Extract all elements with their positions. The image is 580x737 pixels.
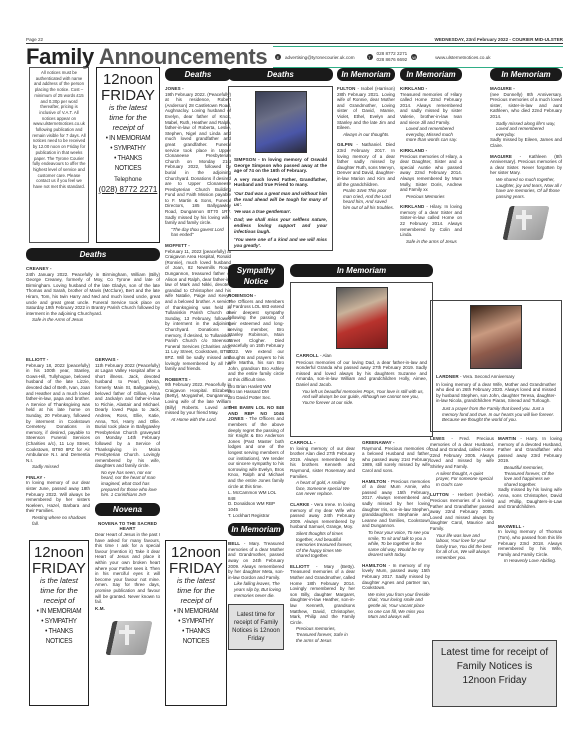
notice-maguire-1: MAGUIRE - (nee Donnelly) 8th Anniversary… [490,86,562,149]
section-header-deaths-3: Deaths [228,68,333,81]
notice-moffett: MOFFETT - February 11, 2022 (peacefully)… [165,243,231,372]
contact-bar: E advertising@tyronecourier.uk.com T 028… [273,46,563,68]
page-number: Page 22 [26,37,43,42]
notice-elliott-mary: ELLIOTT - Mary (Betty). Treasured memori… [290,564,355,643]
notice-maxwell: MAXWELL - In loving memory of Thomas (To… [498,524,562,564]
deadline-ad-bottom-mid: 12noon FRIDAY is the latest time for the… [165,540,227,706]
in-memoriam-mid: In Memoriam CARROLL - Alan Precious memo… [290,262,433,437]
section-header-in-memoriam-2: In Memoriam [290,264,433,277]
deaths-simpson-section: Deaths SIMPSON - In loving memory of Osw… [228,66,333,251]
notice-bell: BELL - Mary. Treasured memories of a dea… [228,541,284,598]
in-memoriam-col-maguire: In Memoriam MAGUIRE - (nee Donnelly) 8th… [490,66,562,244]
in-memoriam-mid-b: GREENAWAY - Raymond. Precious memories o… [362,440,430,625]
section-header-novena: Novena [95,503,160,516]
deaths-column-gervais: GERVAIS - 11th February 2022 (Peacefully… [95,357,160,659]
section-header-in-memoriam-3: In Memoriam [337,68,395,81]
deaths-column-left: Deaths CREANEY - 24th January 2022. Peac… [26,246,160,328]
novena-title: NOVENA TO THE SACRED HEART [95,521,160,532]
notice-gilpin: GILPIN - Nathaniel. Died 23rd February 2… [337,142,395,210]
notice-elliott: ELLIOTT - February 18, 2022 (peacefully)… [26,357,90,470]
section-header-in-memoriam-4: In Memoriam [400,68,462,81]
web-icon: W [411,54,417,60]
simpson-photo [255,91,307,153]
notice-carroll-alan: CARROLL - Alan Precious memories of our … [290,282,433,437]
notice-hamilton-2: HAMILTON - In memory of my lovely Mum, p… [362,563,430,620]
notice-kirkland-2: KIRKLAND - Precious memories of Hilary, … [400,148,462,199]
notice-gervais: GERVAIS - 11th February 2022 (Peacefully… [95,357,160,498]
email-link[interactable]: advertising@tyronecourier.uk.com [285,55,355,60]
novena-text: Dear Heart of Jesus in the past I have a… [95,532,160,605]
in-memoriam-mid-a: CARROLL - In loving memory of our dear b… [290,440,355,648]
notice-carroll-2: CARROLL - In loving memory of our dear b… [290,440,355,497]
deaths-column-2: Deaths JONES - 19th February 2022. (Peac… [165,66,231,427]
notice-maguire-2: MAGUIRE - Kathleen (8th Anniversary). Pr… [490,154,562,200]
website-link[interactable]: www.ulsternetnotices.co.uk [435,55,490,60]
notice-jones: JONES - 19th February 2022. (Peacefully)… [165,86,231,238]
notice-robinson: ROBINSON - The Officers and Members of F… [228,293,284,400]
deadline-ad-top: 12noon FRIDAY is the latest time for the… [96,67,160,243]
deadline-ad-bottom-left: 12noon FRIDAY is the latest time for the… [29,540,89,706]
in-memoriam-col-martin: MARTIN - Harry. In loving memory of a de… [498,436,562,569]
notice-finlay: FINLAY - In loving memory of our dear si… [26,475,90,526]
notice-roberts: ROBERTS - 9th February 2022. Peacefully … [165,377,231,423]
carroll-photo [336,287,388,349]
notice-kirkland-1: KIRKLAND - Treasured memories of Hilary … [400,86,462,143]
notice-creaney: CREANEY - 24th January 2022. Peacefully … [26,266,160,323]
notice-clarke: CLARKE - Vera Irene. In loving memory of… [290,502,355,559]
bible-icon [103,619,153,659]
email-icon: E [275,54,281,60]
section-header-in-memoriam-1: In Memoriam [228,523,284,536]
latest-time-large-ad: Latest time for receipt of Family Notice… [432,640,557,707]
notice-bawn-lol: THE BAWN LOL NO 848 AND RBP NO 1045 JONE… [228,405,284,518]
in-memoriam-col-kirkland: In Memoriam KIRKLAND - Treasured memorie… [400,66,462,249]
notice-kirkland-3: KIRKLAND - Hilary. In loving memory of a… [400,204,462,244]
section-header-deaths-2: Deaths [165,68,231,81]
section-header-sympathy: Sympathy Notice [228,264,284,288]
notice-fulton: FULTON - Isobel (Harrison) 28th February… [337,86,395,137]
notice-lardner: LARDNER - Vera. Second Anniversary In lo… [430,300,562,432]
latest-time-small-ad: Latest time for receipt of Family Notice… [228,604,284,650]
in-memoriam-col-fulton: In Memoriam FULTON - Isobel (Harrison) 2… [337,66,395,215]
notice-simpson: SIMPSON - In loving memory of Oswald Geo… [228,86,333,251]
notice-terms-box: All notices must be authenticated with n… [29,67,89,243]
novena-signature: K.M. [95,606,160,612]
phone-numbers: 028 8772 2271 028 8676 6692 [377,51,408,63]
notice-lewis: LEWIS - Fred. Precious memories of a dea… [430,436,494,487]
bible-icon-2 [500,204,550,244]
section-header-deaths: Deaths [26,248,160,261]
notice-martin: MARTIN - Harry. In loving memory of a de… [498,436,562,510]
notice-hamilton-1: HAMILTON - Precious memories of a dear M… [362,479,430,558]
notice-greenaway: GREENAWAY - Raymond. Precious memories o… [362,440,430,474]
dateline: WEDNESDAY, 23rd February 2022 - COURIER … [435,37,563,42]
page-header-bar: Page 22 WEDNESDAY, 23rd February 2022 - … [26,34,563,44]
section-header-in-memoriam-5: In Memoriam [490,68,562,81]
lardner-photo [470,305,522,369]
phone-icon: T [367,54,373,60]
page-title: Family Announcements [26,46,267,68]
notice-lutton: LUTTON - Herbert (Herbie). Precious memo… [430,492,494,560]
in-memoriam-col-lewis: LEWIS - Fred. Precious memories of a dea… [430,436,494,565]
deaths-column-elliott: ELLIOTT - February 18, 2022 (peacefully)… [26,357,90,531]
sympathy-column: Sympathy Notice ROBINSON - The Officers … [228,262,284,650]
